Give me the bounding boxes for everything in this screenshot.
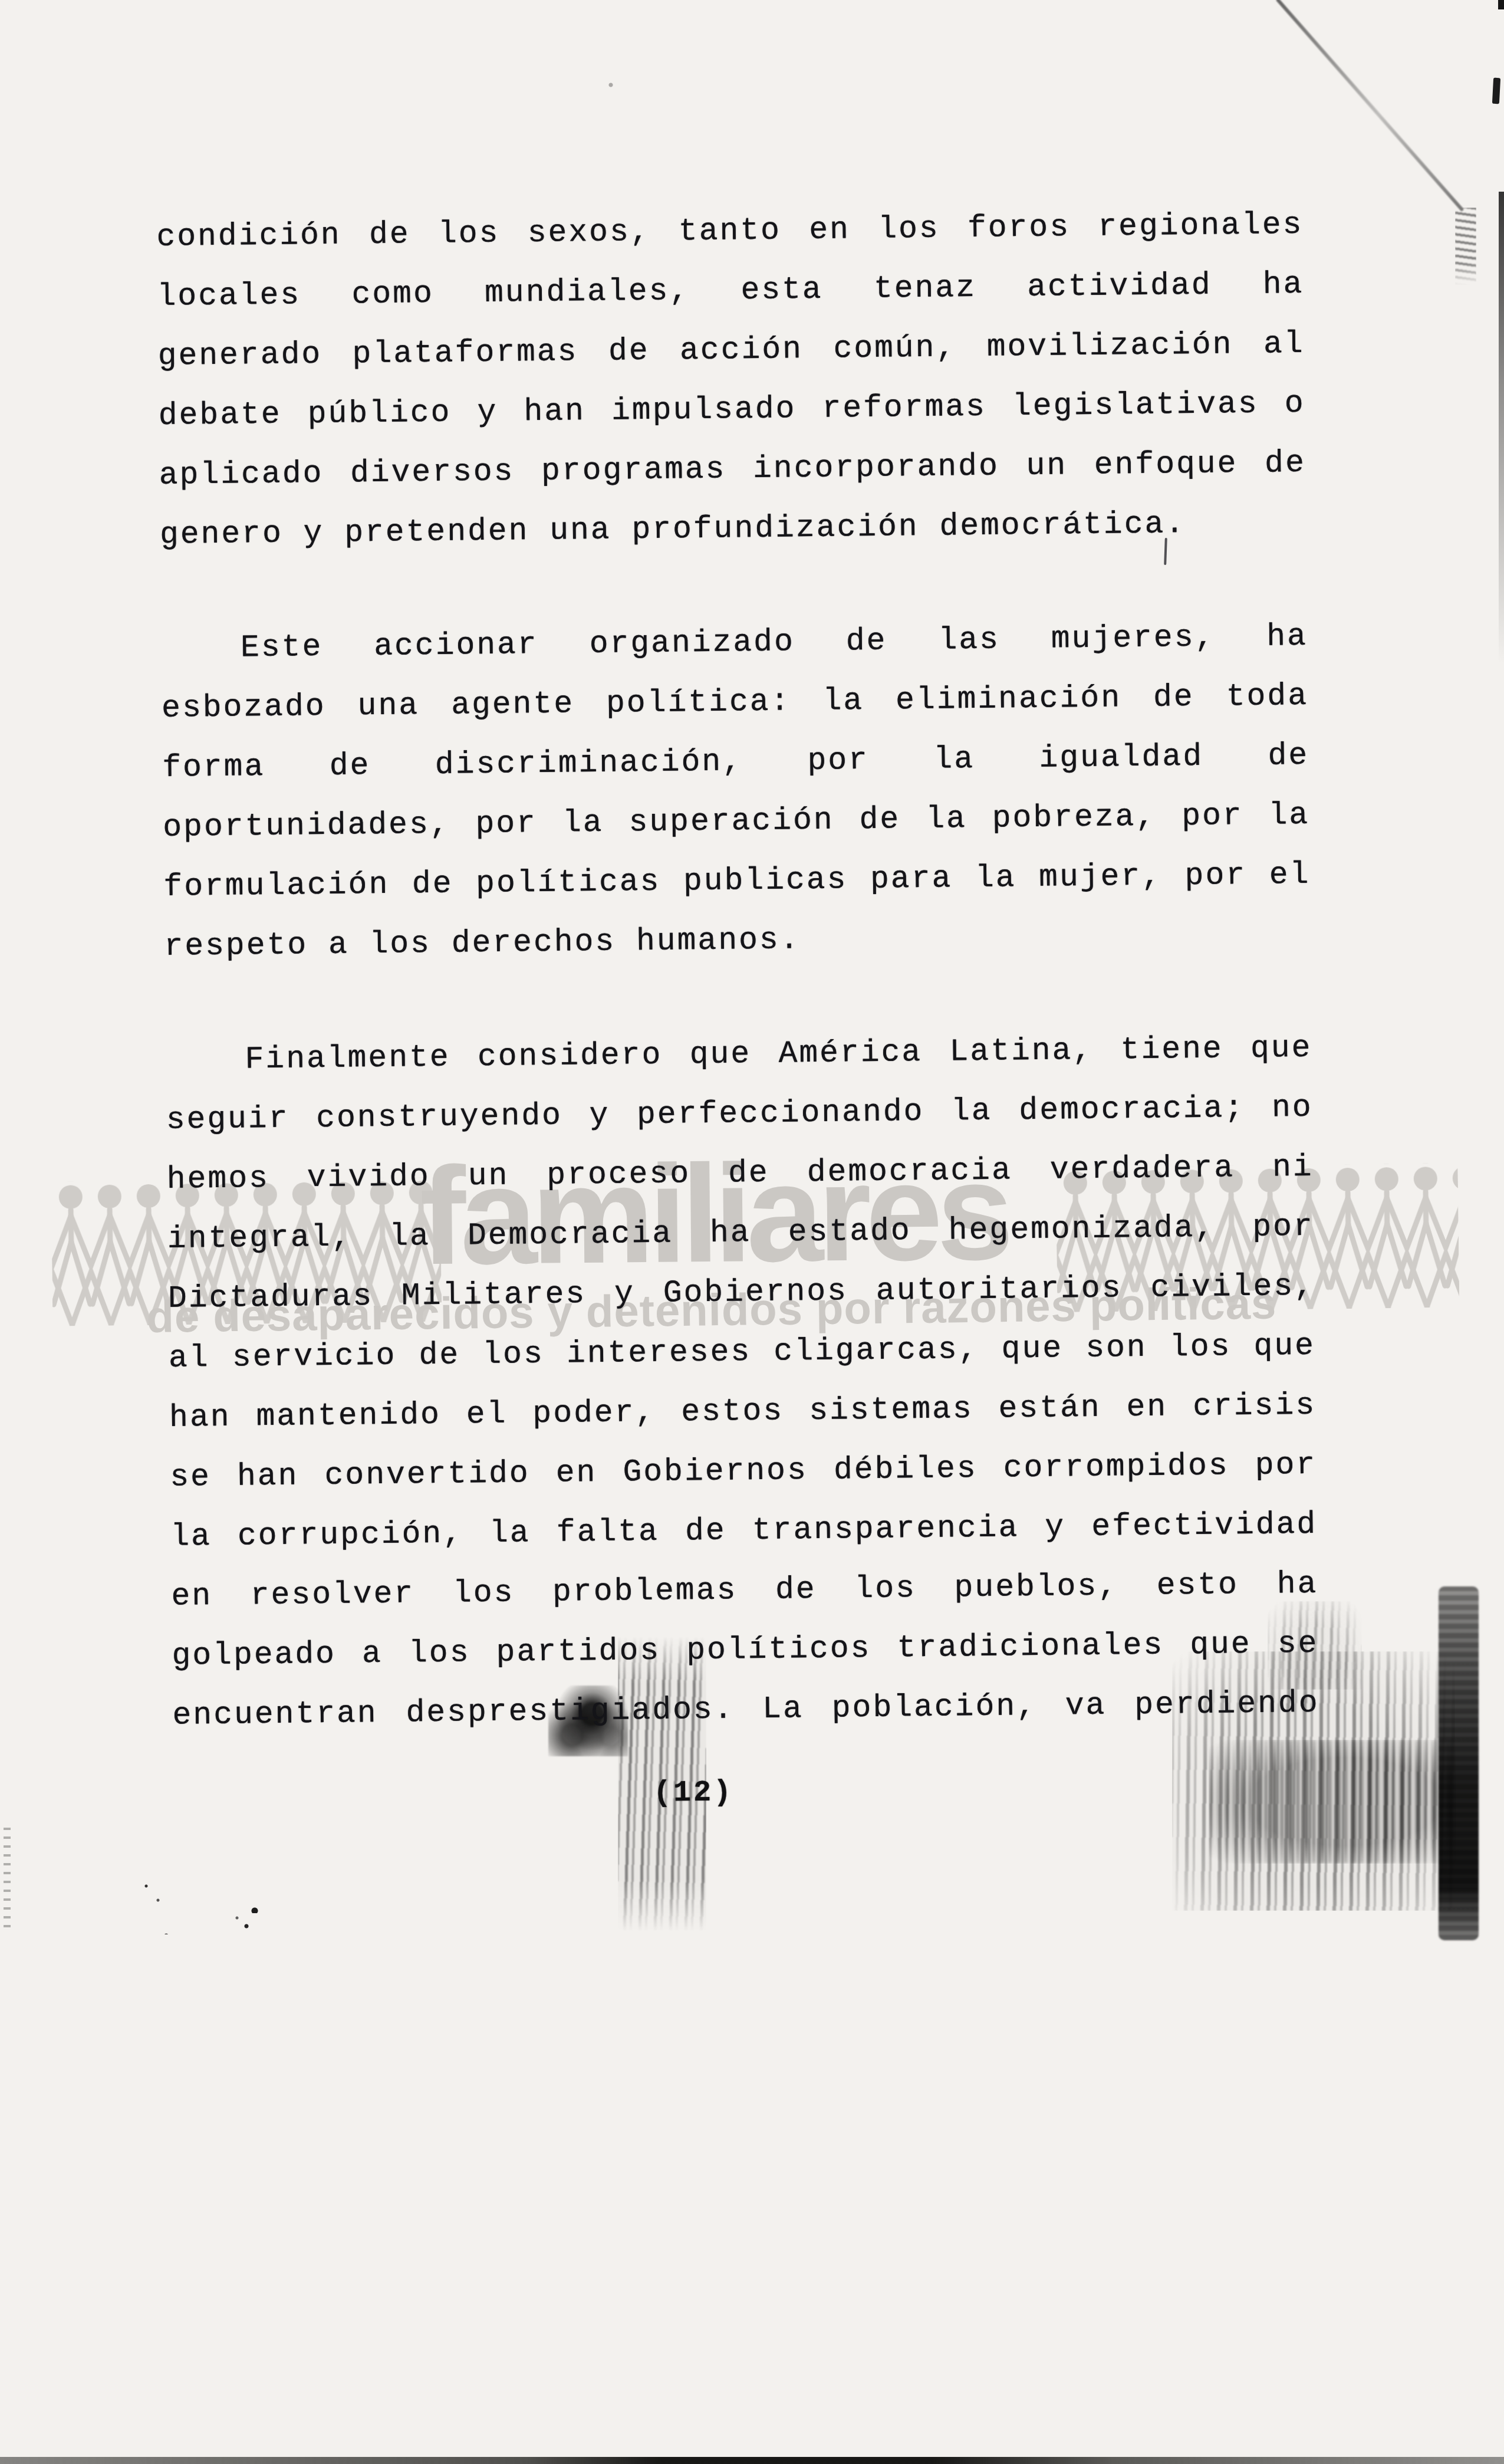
paragraph: condición de los sexos, tanto en los for… bbox=[156, 195, 1306, 565]
typed-line: encuentran desprestigiados. La población… bbox=[172, 1674, 1319, 1746]
typed-line: respeto a los derechos humanos. bbox=[164, 905, 1311, 977]
scanned-document-page: familiares de desaparecidos y detenidos … bbox=[0, 0, 1504, 2464]
paragraph: Este accionar organizado de las mujeres,… bbox=[161, 607, 1311, 977]
typed-line: genero y pretenden una profundización de… bbox=[159, 493, 1306, 565]
typed-line: formulación de políticas publicas para l… bbox=[163, 845, 1311, 917]
typed-text-block: condición de los sexos, tanto en los for… bbox=[156, 195, 1319, 1746]
page-number: (12) bbox=[653, 1776, 734, 1810]
paragraph: Finalmente considero que América Latina,… bbox=[165, 1019, 1319, 1746]
